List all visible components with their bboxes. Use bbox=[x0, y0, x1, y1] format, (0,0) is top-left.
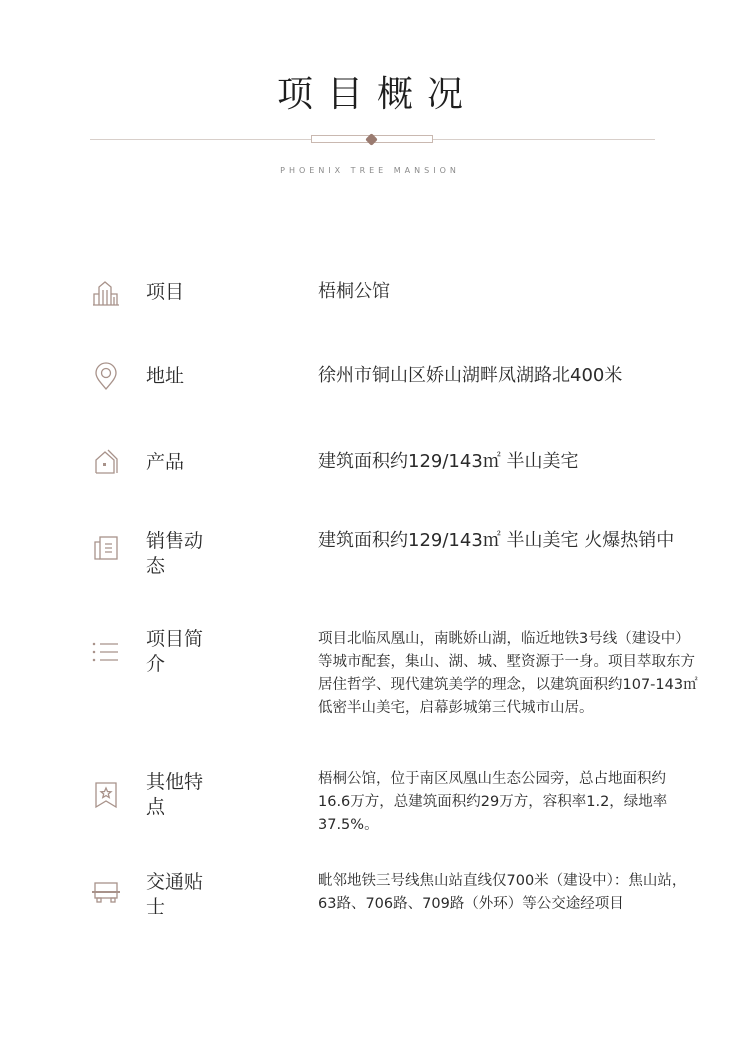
row-label: 销售动态 bbox=[146, 529, 206, 579]
row-label: 项目 bbox=[146, 280, 206, 305]
bookmark-star-icon bbox=[91, 780, 121, 810]
row-label: 产品 bbox=[146, 450, 206, 475]
bus-icon bbox=[91, 878, 121, 908]
row-value: 徐州市铜山区娇山湖畔凤湖路北400米 bbox=[318, 364, 622, 388]
row-label: 项目简介 bbox=[146, 627, 206, 677]
list-icon bbox=[91, 637, 121, 667]
page-title: 项目概况 bbox=[0, 66, 740, 117]
row-value: 梧桐公馆 bbox=[318, 280, 390, 304]
location-pin-icon bbox=[91, 361, 121, 391]
page-subtitle: PHOENIX TREE MANSION bbox=[0, 166, 740, 175]
row-value: 项目北临凤凰山，南眺娇山湖，临近地铁3号线（建设中）等城市配套，集山、湖、城、墅… bbox=[318, 628, 698, 720]
document-icon bbox=[91, 533, 121, 563]
row-label: 交通贴士 bbox=[146, 870, 206, 920]
house-icon bbox=[91, 446, 121, 476]
row-label: 其他特点 bbox=[146, 770, 206, 820]
row-value: 建筑面积约129/143㎡ 半山美宅 火爆热销中 bbox=[318, 529, 674, 553]
row-label: 地址 bbox=[146, 364, 206, 389]
row-value: 建筑面积约129/143㎡ 半山美宅 bbox=[318, 450, 579, 474]
row-value: 梧桐公馆，位于南区凤凰山生态公园旁，总占地面积约16.6万方，总建筑面积约29万… bbox=[318, 768, 698, 837]
row-value: 毗邻地铁三号线焦山站直线仅700米（建设中）：焦山站，63路、706路、709路… bbox=[318, 870, 698, 916]
building-icon bbox=[91, 278, 121, 308]
